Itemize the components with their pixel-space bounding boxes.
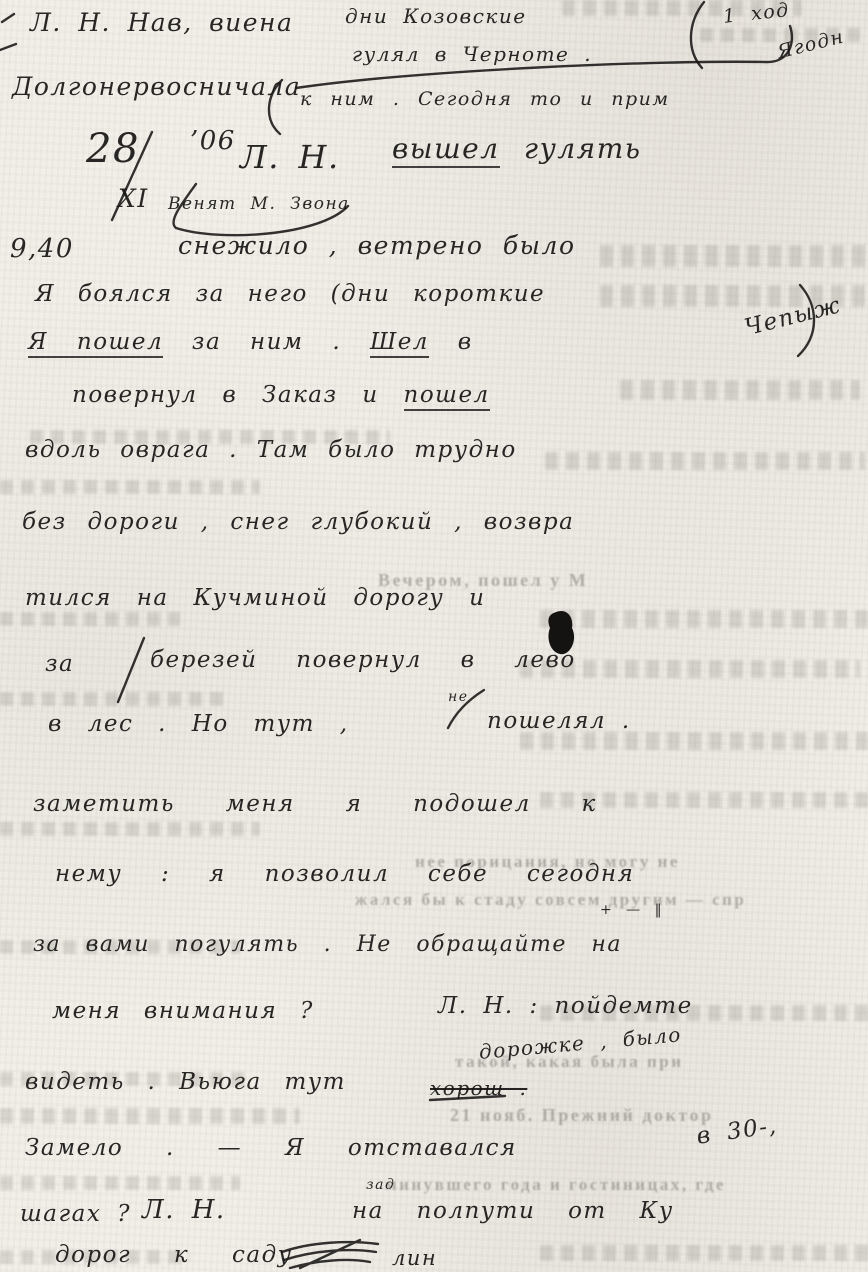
handwritten-line-17: Я пошел за ним . Шел в bbox=[28, 329, 473, 355]
handwritten-line-9: ’06 bbox=[190, 126, 236, 156]
handwritten-text: без дороги , снег глубокий , возвра bbox=[22, 509, 574, 535]
handwritten-text: дни Козовские bbox=[345, 4, 527, 28]
handwritten-text: пошел bbox=[77, 329, 163, 358]
handwritten-text: Замело . — Я отставался bbox=[25, 1135, 517, 1161]
handwritten-line-11: Л. Н. bbox=[240, 138, 340, 176]
handwritten-line-22: тился на Кучминой дорогу и bbox=[25, 585, 485, 611]
handwritten-text: повернул в Заказ и bbox=[72, 382, 404, 408]
handwritten-text: Венят М. Звона bbox=[168, 194, 350, 214]
bleedthrough-streak-3 bbox=[600, 245, 868, 267]
bleedthrough-fragment-3: жался бы к стаду совсем другим — спр bbox=[355, 890, 746, 910]
handwritten-text: заметить меня я подошел к bbox=[33, 791, 597, 817]
handwritten-text: лин bbox=[392, 1246, 437, 1270]
bleedthrough-streak-5 bbox=[620, 380, 860, 400]
handwritten-text: Долгонервосничала bbox=[12, 72, 301, 101]
bleedthrough-streak-21 bbox=[540, 1245, 868, 1261]
handwritten-line-8: 28 bbox=[86, 126, 140, 172]
handwritten-text: 28 bbox=[86, 126, 140, 172]
handwritten-line-10: XI bbox=[118, 184, 149, 213]
handwritten-line-16: Я боялся за него (дни короткие bbox=[35, 281, 545, 307]
handwritten-line-20: вдоль оврага . Там было трудно bbox=[25, 437, 517, 463]
handwritten-text: за вами погулять . Не обращайте на bbox=[33, 932, 622, 957]
bleedthrough-fragment-5: 21 нояб. Прежний доктор bbox=[450, 1105, 714, 1126]
handwritten-text: в bbox=[429, 329, 473, 355]
handwritten-line-39: шагах ? bbox=[20, 1201, 131, 1227]
manuscript-page: Вечером, пошел у Мнее порицания, но могу… bbox=[0, 0, 868, 1272]
handwritten-line-43: дорог к саду bbox=[55, 1242, 293, 1268]
bleedthrough-streak-20 bbox=[0, 1176, 240, 1190]
handwritten-text: тился на Кучминой дорогу и bbox=[25, 585, 485, 611]
edge-marks bbox=[0, 14, 16, 50]
handwritten-line-13: Венят М. Звона bbox=[168, 194, 350, 214]
handwritten-line-29: нему : я позволил себе сегодня bbox=[55, 861, 634, 887]
handwritten-line-27: пошелял . bbox=[487, 708, 631, 734]
handwritten-line-1: Л. Н. Нав, виена bbox=[30, 8, 293, 37]
handwritten-text: к ним . Сегодня то и прим bbox=[300, 88, 670, 110]
handwritten-line-36: хорош . bbox=[430, 1076, 527, 1100]
handwritten-text: Л. Н. : пойдемте bbox=[438, 993, 693, 1019]
handwritten-text: в лес . Но тут , bbox=[48, 711, 349, 737]
handwritten-line-7: к ним . Сегодня то и прим bbox=[300, 88, 670, 110]
handwritten-text: Л. Н. Нав, виена bbox=[30, 8, 293, 37]
handwritten-line-25: в лес . Но тут , bbox=[48, 711, 349, 737]
handwritten-text: пошел bbox=[404, 382, 490, 411]
bleedthrough-streak-9 bbox=[540, 610, 868, 628]
handwritten-text: за bbox=[45, 651, 74, 677]
handwritten-line-12: вышел гулять bbox=[392, 132, 642, 165]
bleedthrough-streak-15 bbox=[0, 822, 260, 836]
handwritten-text: + — ‖ bbox=[600, 902, 663, 918]
handwritten-line-14: 9,40 bbox=[10, 234, 74, 264]
handwritten-text: зад bbox=[366, 1177, 395, 1193]
handwritten-line-32: меня внимания ? bbox=[52, 998, 314, 1024]
handwritten-text: Шел bbox=[370, 329, 429, 358]
handwritten-line-35: видеть . Вьюга тут bbox=[25, 1069, 346, 1095]
bleedthrough-streak-19 bbox=[0, 1108, 300, 1124]
handwritten-line-24: березей повернул в лево bbox=[150, 647, 576, 673]
handwritten-line-19: повернул в Заказ и пошел bbox=[72, 382, 490, 408]
handwritten-line-4: 1 ход bbox=[722, 0, 791, 28]
handwritten-line-6: Долгонервосничала bbox=[12, 72, 301, 101]
handwritten-text: вдоль оврага . Там было трудно bbox=[25, 437, 517, 463]
handwritten-text: ’06 bbox=[190, 126, 236, 156]
crossed-out-scribble bbox=[282, 1240, 378, 1268]
handwritten-text: Я bbox=[28, 329, 77, 358]
handwritten-line-41: зад bbox=[366, 1177, 395, 1193]
handwritten-text: вышел bbox=[392, 132, 500, 168]
handwritten-text: 1 ход bbox=[722, 0, 791, 28]
handwritten-text: меня внимания ? bbox=[52, 998, 314, 1024]
handwritten-text: Л. Н. bbox=[240, 138, 340, 176]
handwritten-text: гулять bbox=[500, 132, 642, 165]
handwritten-line-28: заметить меня я подошел к bbox=[33, 791, 597, 817]
handwritten-text: гулял в Черноте . bbox=[352, 42, 592, 66]
handwritten-line-37: Замело . — Я отставался bbox=[25, 1135, 517, 1161]
bleedthrough-streak-12 bbox=[0, 692, 230, 706]
handwritten-text: Л. Н. bbox=[142, 1195, 226, 1225]
handwritten-text: хорош . bbox=[430, 1076, 527, 1100]
bleedthrough-fragment-6: минувшего года и гостиницах, где bbox=[385, 1175, 726, 1195]
handwritten-text: не bbox=[448, 689, 469, 705]
bleedthrough-streak-10 bbox=[0, 612, 180, 626]
handwritten-line-3: гулял в Черноте . bbox=[352, 42, 592, 66]
handwritten-line-15: снежило , ветрено было bbox=[178, 231, 576, 260]
handwritten-text: Я боялся за него (дни короткие bbox=[35, 281, 545, 307]
bleedthrough-streak-8 bbox=[0, 480, 260, 494]
handwritten-line-23: за bbox=[45, 651, 74, 677]
handwritten-line-33: Л. Н. : пойдемте bbox=[438, 993, 693, 1019]
handwritten-text: на полпути от Ку bbox=[352, 1198, 674, 1224]
handwritten-line-2: дни Козовские bbox=[345, 4, 527, 28]
handwritten-text: дорог к саду bbox=[55, 1242, 293, 1268]
handwritten-text: березей повернул в лево bbox=[150, 647, 576, 673]
handwritten-line-21: без дороги , снег глубокий , возвра bbox=[22, 509, 574, 535]
handwritten-text: нему : я позволил себе сегодня bbox=[55, 861, 634, 887]
handwritten-line-40: Л. Н. bbox=[142, 1195, 226, 1225]
handwritten-line-44: лин bbox=[392, 1246, 437, 1270]
bleedthrough-streak-13 bbox=[520, 732, 868, 750]
handwritten-line-26: не bbox=[448, 689, 469, 705]
handwritten-line-42: на полпути от Ку bbox=[352, 1198, 674, 1224]
handwritten-text: снежило , ветрено было bbox=[178, 231, 576, 260]
handwritten-text: XI bbox=[118, 184, 149, 213]
bleedthrough-streak-7 bbox=[545, 452, 865, 470]
handwritten-text: пошелял . bbox=[487, 708, 631, 734]
handwritten-line-30: за вами погулять . Не обращайте на bbox=[33, 932, 622, 957]
handwritten-line-31: + — ‖ bbox=[600, 902, 663, 918]
handwritten-text: шагах ? bbox=[20, 1201, 131, 1227]
handwritten-text: за ним . bbox=[163, 329, 370, 355]
handwritten-text: 9,40 bbox=[10, 234, 74, 264]
handwritten-text: видеть . Вьюга тут bbox=[25, 1069, 346, 1095]
